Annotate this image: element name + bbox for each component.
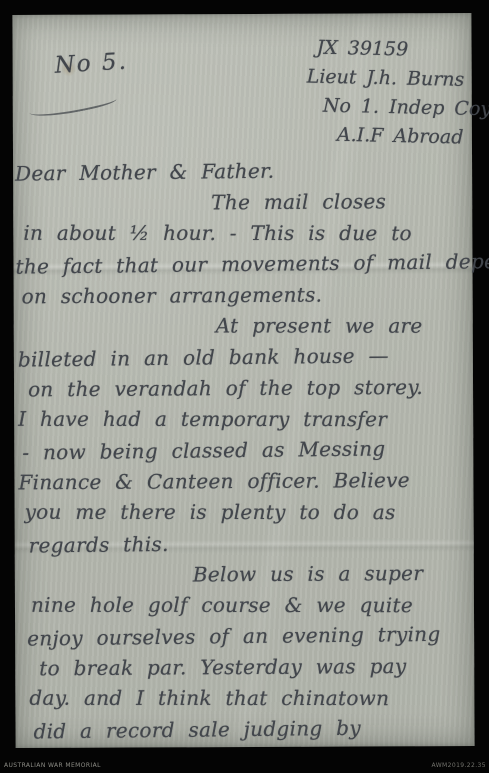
letter-number: No 5. bbox=[54, 49, 129, 79]
scan-viewport: No 5. JX 39159 Lieut J.h. Burns No 1. In… bbox=[0, 0, 489, 773]
body-text: Dear Mother & Father. The mail closes in… bbox=[15, 155, 474, 746]
body-line: day. and I think that chinatown bbox=[29, 683, 473, 714]
body-line: At present we are bbox=[216, 310, 472, 341]
body-line: enjoy ourselves of an evening trying bbox=[27, 618, 473, 654]
body-line: regards this. bbox=[29, 525, 473, 561]
salutation: Dear Mother & Father. bbox=[15, 153, 471, 189]
body-line: I have had a temporary transfer bbox=[18, 404, 472, 435]
body-line: in about ½ hour. - This is due to bbox=[23, 218, 471, 249]
body-line: you me there is plenty to do as bbox=[25, 497, 473, 528]
letter-page: No 5. JX 39159 Lieut J.h. Burns No 1. In… bbox=[12, 13, 474, 748]
body-line: on the verandah of the top storey. bbox=[28, 372, 472, 406]
body-line: did a record sale judging by bbox=[33, 711, 473, 747]
body-line: Finance & Canteen officer. Believe bbox=[18, 465, 472, 499]
sender-unit: No 1. Indep Coy bbox=[323, 92, 481, 124]
body-line: the fact that our movements of mail depe… bbox=[15, 246, 471, 282]
sender-service-number: JX 39159 bbox=[316, 34, 480, 67]
sender-force: A.I.F Abroad bbox=[337, 121, 481, 153]
catalog-number: AWM2019.22.35 bbox=[432, 762, 486, 769]
body-line: to break par. Yesterday was pay bbox=[39, 651, 473, 685]
body-line: Below us is a super bbox=[193, 558, 473, 591]
sender-address: JX 39159 Lieut J.h. Burns No 1. Indep Co… bbox=[304, 35, 480, 152]
letter-number-underline bbox=[28, 90, 117, 121]
body-line: The mail closes bbox=[211, 186, 471, 219]
archive-watermark: AUSTRALIAN WAR MEMORIAL bbox=[4, 762, 101, 769]
body-line: nine hole golf course & we quite bbox=[31, 590, 473, 621]
body-line: billeted in an old bank house — bbox=[18, 339, 472, 375]
sender-name: Lieut J.h. Burns bbox=[306, 62, 480, 95]
body-line: on schooner arrangements. bbox=[22, 279, 472, 313]
body-line: - now being classed as Messing bbox=[22, 432, 472, 468]
